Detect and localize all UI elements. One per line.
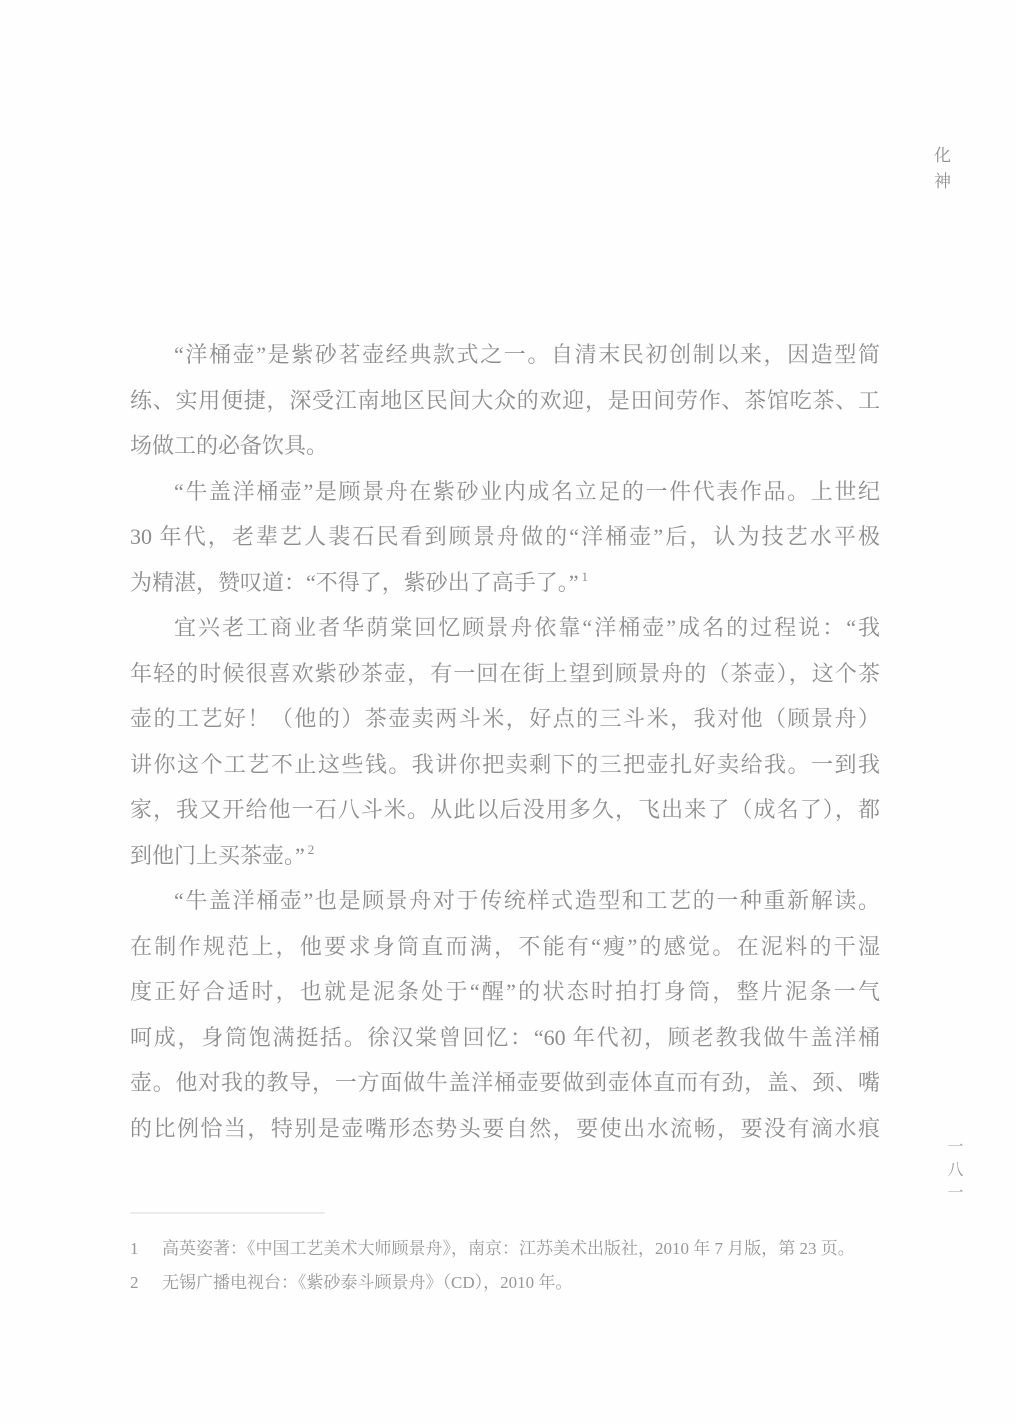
- footnote-number: 2: [130, 1266, 162, 1300]
- body-line: “牛盖洋桶壶”是顾景舟在紫砂业内成名立足的一件代表作品。上世纪: [130, 469, 880, 515]
- body-line: 练、实用便捷，深受江南地区民间大众的欢迎，是田间劳作、茶馆吃茶、工: [130, 378, 880, 424]
- body-line: 为精湛，赞叹道：“不得了，紫砂出了高手了。”1: [130, 560, 880, 606]
- footnote-reference: 2: [308, 842, 315, 857]
- footnote-number: 1: [130, 1232, 162, 1266]
- body-line: “牛盖洋桶壶”也是顾景舟对于传统样式造型和工艺的一种重新解读。: [130, 878, 880, 924]
- body-line: 宜兴老工商业者华荫棠回忆顾景舟依靠“洋桶壶”成名的过程说：“我: [130, 605, 880, 651]
- body-line: “洋桶壶”是紫砂茗壶经典款式之一。自清末民初创制以来，因造型简: [130, 332, 880, 378]
- body-line: 呵成，身筒饱满挺括。徐汉棠曾回忆：“60 年代初，顾老教我做牛盖洋桶: [130, 1015, 880, 1061]
- footnote-item: 1高英姿著：《中国工艺美术大师顾景舟》，南京：江苏美术出版社，2010 年 7 …: [130, 1232, 890, 1266]
- page-number-vertical: 一八一: [942, 1138, 965, 1207]
- body-line: 家，我又开给他一石八斗米。从此以后没用多久，飞出来了（成名了），都: [130, 787, 880, 833]
- body-line: 度正好合适时，也就是泥条处于“醒”的状态时拍打身筒，整片泥条一气: [130, 969, 880, 1015]
- body-line: 30 年代，老辈艺人裴石民看到顾景舟做的“洋桶壶”后，认为技艺水平极: [130, 514, 880, 560]
- footnote-reference: 1: [582, 569, 589, 584]
- book-page: 化神 “洋桶壶”是紫砂茗壶经典款式之一。自清末民初创制以来，因造型简练、实用便捷…: [0, 0, 1016, 1424]
- footnotes-block: 1高英姿著：《中国工艺美术大师顾景舟》，南京：江苏美术出版社，2010 年 7 …: [130, 1232, 890, 1300]
- body-line: 讲你这个工艺不止这些钱。我讲你把卖剩下的三把壶扎好卖给我。一到我: [130, 742, 880, 788]
- chapter-title-vertical: 化神: [928, 146, 953, 198]
- body-line: 年轻的时候很喜欢紫砂茶壶，有一回在街上望到顾景舟的（茶壶），这个茶: [130, 651, 880, 697]
- body-line: 在制作规范上，他要求身筒直而满，不能有“瘦”的感觉。在泥料的干湿: [130, 924, 880, 970]
- body-text-block: “洋桶壶”是紫砂茗壶经典款式之一。自清末民初创制以来，因造型简练、实用便捷，深受…: [130, 332, 880, 1151]
- body-line: 到他门上买茶壶。”2: [130, 833, 880, 879]
- footnote-text: 高英姿著：《中国工艺美术大师顾景舟》，南京：江苏美术出版社，2010 年 7 月…: [162, 1232, 890, 1266]
- footnote-item: 2无锡广播电视台：《紫砂泰斗顾景舟》（CD），2010 年。: [130, 1266, 890, 1300]
- footnote-divider: [130, 1212, 325, 1214]
- body-line: 壶。他对我的教导，一方面做牛盖洋桶壶要做到壶体直而有劲，盖、颈、嘴: [130, 1060, 880, 1106]
- body-line: 的比例恰当，特别是壶嘴形态势头要自然，要使出水流畅，要没有滴水痕: [130, 1106, 880, 1152]
- body-line: 场做工的必备饮具。: [130, 423, 880, 469]
- footnote-text: 无锡广播电视台：《紫砂泰斗顾景舟》（CD），2010 年。: [162, 1266, 890, 1300]
- body-line: 壶的工艺好！（他的）茶壶卖两斗米，好点的三斗米，我对他（顾景舟）: [130, 696, 880, 742]
